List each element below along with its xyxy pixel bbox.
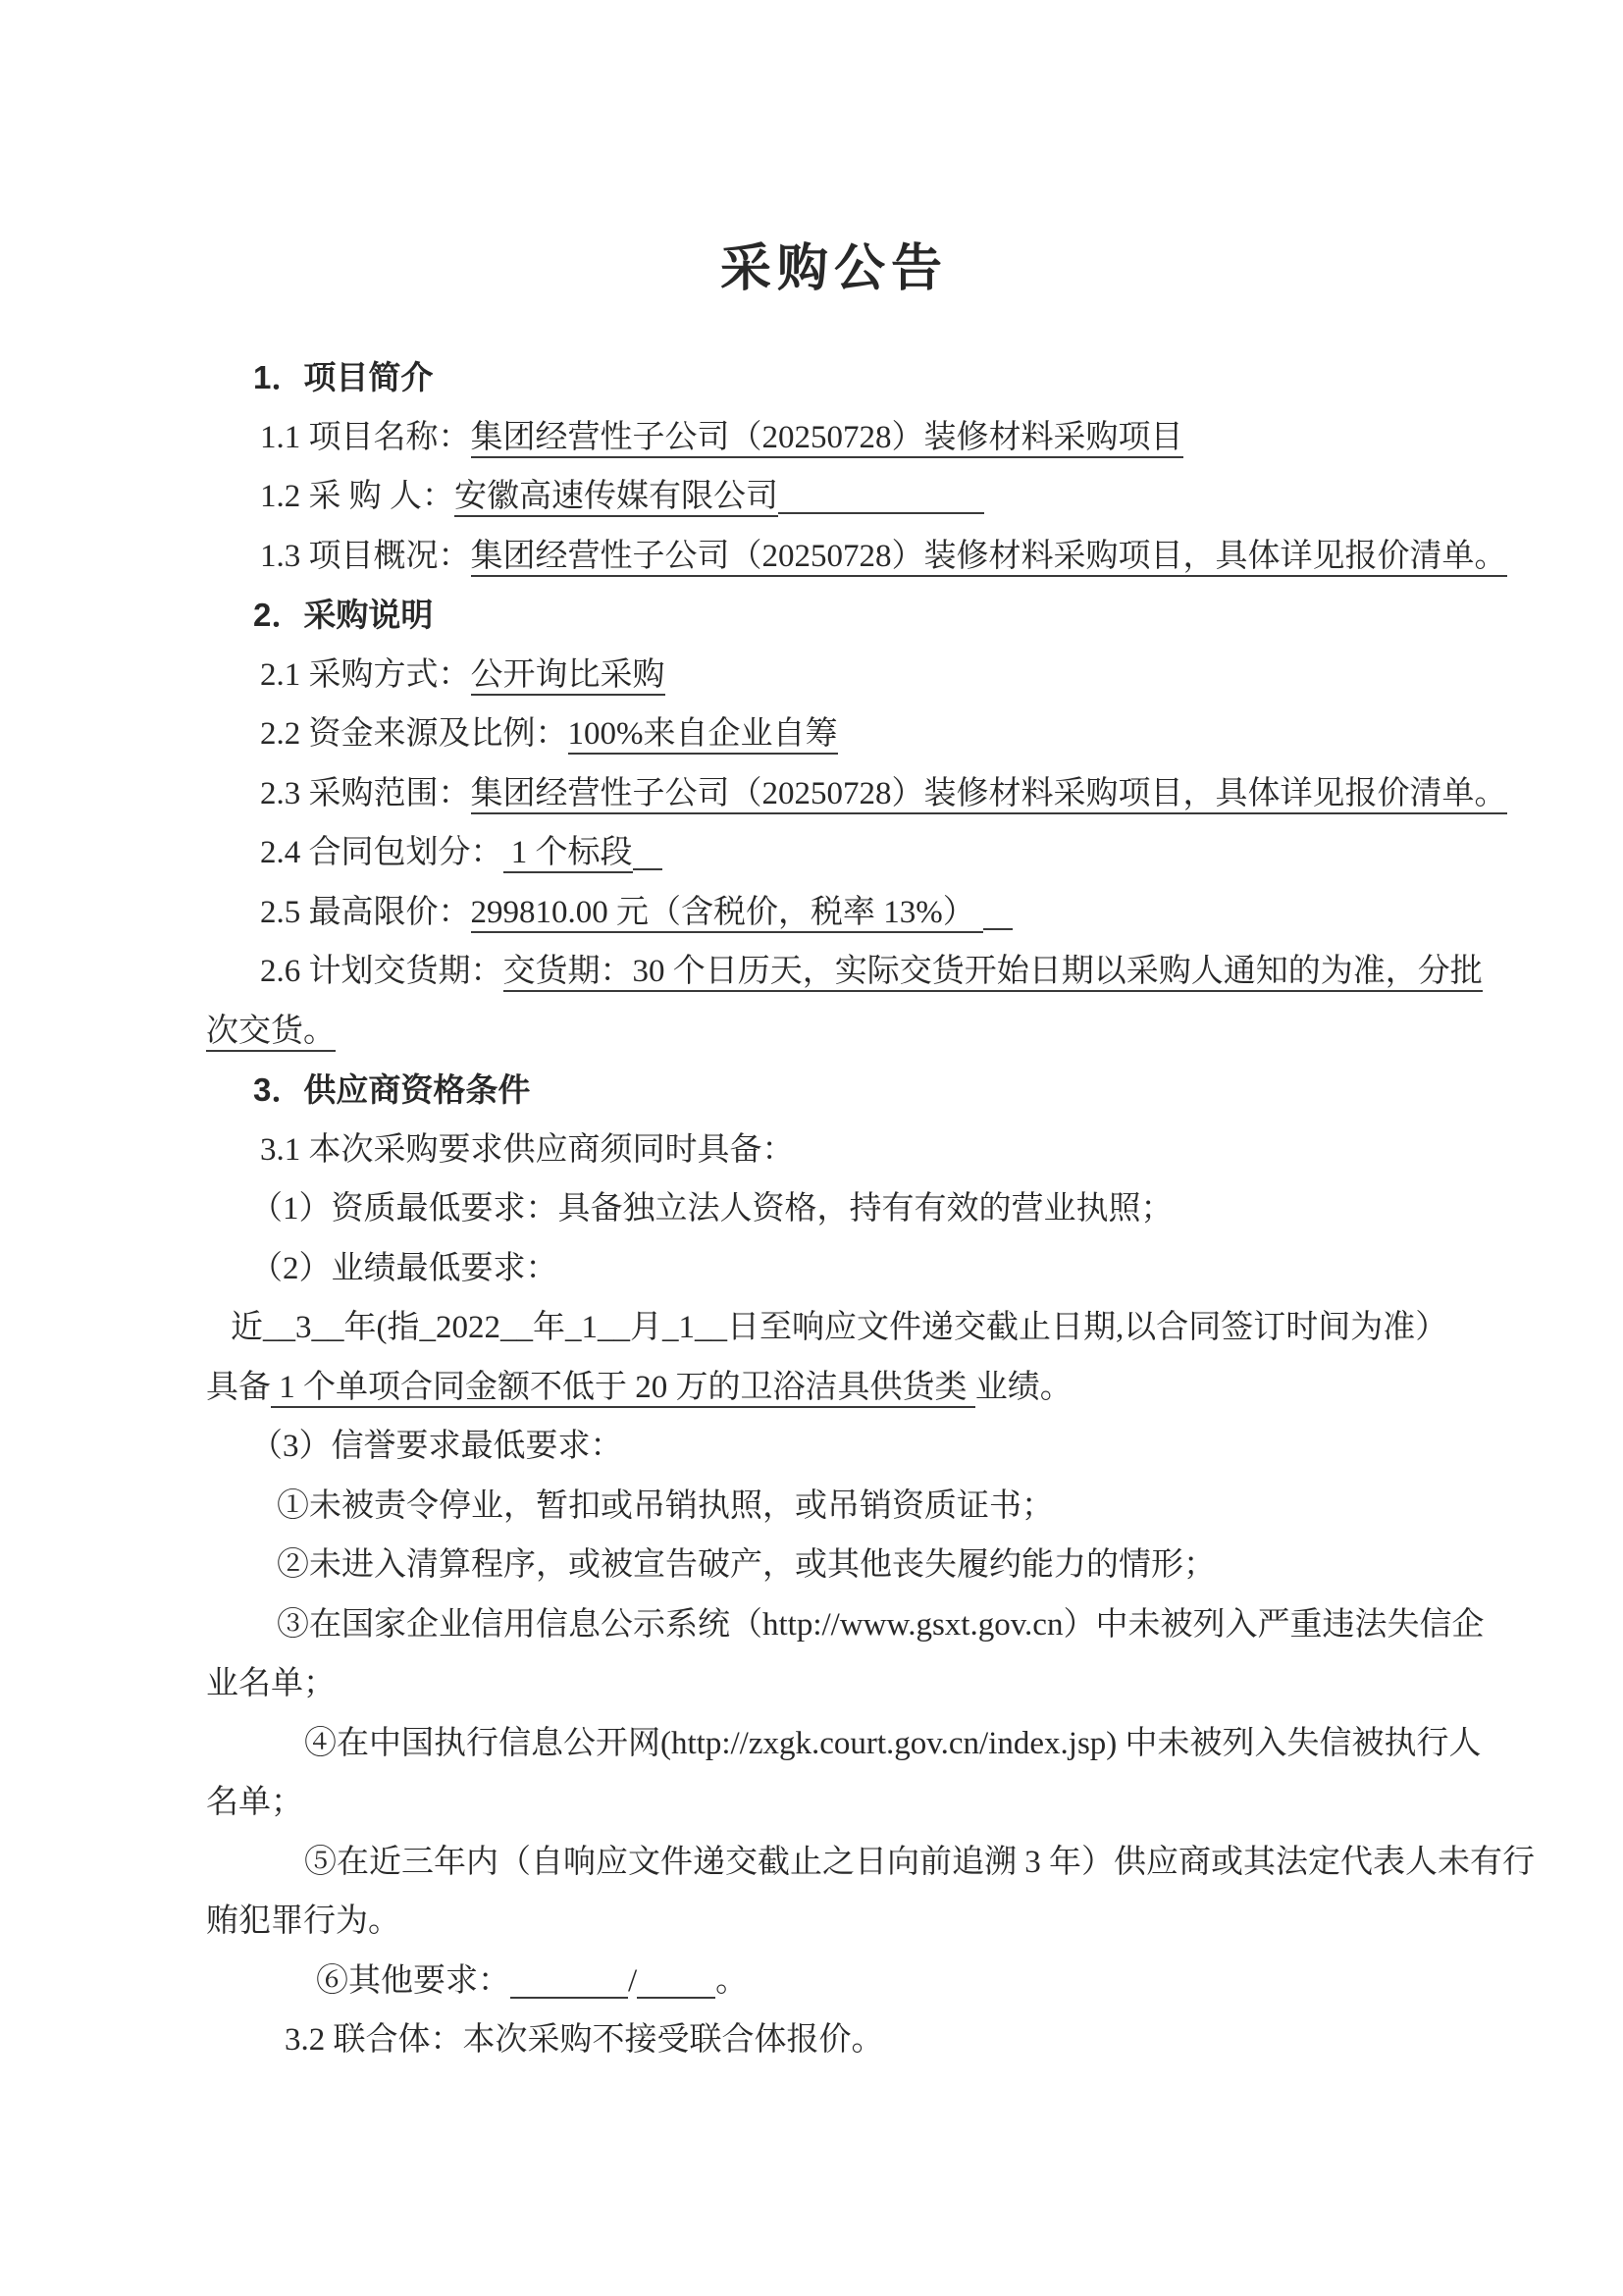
item-2-1-label: 2.1 采购方式： [260, 657, 471, 693]
item-1-1: 1.1 项目名称：集团经营性子公司（20250728）装修材料采购项目 [206, 408, 1462, 468]
credit-condition-4-line2: 名单； [206, 1773, 1462, 1833]
credit-condition-6-period: 。 [715, 1963, 748, 1999]
document-page: 采购公告 1．项目简介 1.1 项目名称：集团经营性子公司（20250728）装… [0, 0, 1623, 2296]
item-2-3-value: 集团经营性子公司（20250728）装修材料采购项目，具体详见报价清单。 [471, 776, 1507, 814]
item-2-5-blank-underline [983, 928, 1013, 930]
performance-underlined-value: 1 个单项合同金额不低于 20 万的卫浴洁具供货类 [271, 1370, 975, 1408]
item-2-6: 2.6 计划交货期：交货期：30 个日历天，实际交货开始日期以采购人通知的为准，… [206, 942, 1462, 1002]
section-3-heading: 3．供应商资格条件 [206, 1061, 1462, 1121]
credit-condition-3-line1: ③在国家企业信用信息公示系统（http://www.gsxt.gov.cn）中未… [206, 1595, 1462, 1655]
item-3-2: 3.2 联合体：本次采购不接受联合体报价。 [206, 2010, 1462, 2070]
item-2-6-continuation: 次交货。 [206, 1002, 1462, 1062]
credit-condition-3-line2: 业名单； [206, 1654, 1462, 1714]
performance-suffix: 业绩。 [975, 1370, 1073, 1405]
item-1-3-value: 集团经营性子公司（20250728）装修材料采购项目，具体详见报价清单。 [471, 539, 1507, 577]
item-1-1-value: 集团经营性子公司（20250728）装修材料采购项目 [471, 420, 1183, 458]
qualification-requirement-3: （3）信誉要求最低要求： [206, 1417, 1462, 1477]
qualification-requirement-1: （1）资质最低要求：具备独立法人资格，持有有效的营业执照； [206, 1179, 1462, 1239]
item-2-5: 2.5 最高限价：299810.00 元（含税价，税率 13%） [206, 883, 1462, 943]
item-1-3: 1.3 项目概况：集团经营性子公司（20250728）装修材料采购项目，具体详见… [206, 527, 1462, 587]
section-1-heading: 1．项目简介 [206, 348, 1462, 408]
item-2-2: 2.2 资金来源及比例：100%来自企业自筹 [206, 704, 1462, 764]
credit-condition-2: ②未进入清算程序，或被宣告破产，或其他丧失履约能力的情形； [206, 1536, 1462, 1595]
item-2-2-label: 2.2 资金来源及比例： [260, 716, 568, 752]
credit-condition-6-blank-2 [637, 1997, 715, 1999]
item-2-1-value: 公开询比采购 [471, 657, 665, 696]
credit-condition-5-line2: 贿犯罪行为。 [206, 1892, 1462, 1952]
credit-condition-1: ①未被责令停业，暂扣或吊销执照，或吊销资质证书； [206, 1477, 1462, 1537]
credit-condition-6: ⑥其他要求：/。 [206, 1952, 1462, 2011]
performance-requirement-line1: 近__3__年(指_2022__年_1__月_1__日至响应文件递交截止日期,以… [206, 1298, 1462, 1358]
item-2-4-label: 2.4 合同包划分： [260, 835, 503, 870]
section-2-heading: 2．采购说明 [206, 586, 1462, 646]
credit-condition-6-slash: / [628, 1963, 637, 1999]
item-3-2-label: 3.2 联合体： [285, 2022, 463, 2058]
item-3-1: 3.1 本次采购要求供应商须同时具备： [206, 1121, 1462, 1180]
performance-requirement-line2: 具备 1 个单项合同金额不低于 20 万的卫浴洁具供货类 业绩。 [206, 1358, 1462, 1418]
item-1-2: 1.2 采 购 人：安徽高速传媒有限公司 [206, 467, 1462, 527]
item-2-3-label: 2.3 采购范围： [260, 776, 471, 811]
item-2-4-blank-underline [633, 868, 662, 870]
document-content: 采购公告 1．项目简介 1.1 项目名称：集团经营性子公司（20250728）装… [0, 0, 1623, 2070]
credit-condition-6-label: ⑥其他要求： [316, 1963, 510, 1999]
item-2-6-value-line1: 交货期：30 个日历天，实际交货开始日期以采购人通知的为准，分批 [503, 954, 1483, 992]
credit-condition-4-line1: ④在中国执行信息公开网(http://zxgk.court.gov.cn/ind… [206, 1714, 1462, 1774]
item-1-2-value: 安徽高速传媒有限公司 [454, 479, 778, 517]
item-2-5-label: 2.5 最高限价： [260, 895, 471, 930]
item-2-2-value: 100%来自企业自筹 [568, 716, 838, 755]
item-1-1-label: 1.1 项目名称： [260, 420, 471, 455]
credit-condition-6-blank-1 [510, 1997, 628, 1999]
item-2-3: 2.3 采购范围：集团经营性子公司（20250728）装修材料采购项目，具体详见… [206, 764, 1462, 824]
item-1-2-blank-underline [778, 512, 984, 514]
document-body: 1．项目简介 1.1 项目名称：集团经营性子公司（20250728）装修材料采购… [206, 348, 1462, 2070]
qualification-requirement-2: （2）业绩最低要求： [206, 1239, 1462, 1299]
item-1-2-label: 1.2 采 购 人： [260, 479, 454, 514]
item-2-6-value-line2: 次交货。 [206, 1014, 336, 1052]
item-2-4: 2.4 合同包划分： 1 个标段 [206, 823, 1462, 883]
item-2-1: 2.1 采购方式：公开询比采购 [206, 646, 1462, 705]
credit-condition-5-line1: ⑤在近三年内（自响应文件递交截止之日向前追溯 3 年）供应商或其法定代表人未有行 [206, 1833, 1462, 1893]
item-2-4-value: 1 个标段 [503, 835, 633, 873]
page-title: 采购公告 [206, 0, 1462, 301]
item-2-5-value: 299810.00 元（含税价，税率 13%） [471, 895, 984, 933]
item-2-6-label: 2.6 计划交货期： [260, 954, 503, 989]
item-1-3-label: 1.3 项目概况： [260, 539, 471, 574]
performance-prefix: 具备 [206, 1370, 271, 1405]
item-3-2-value: 本次采购不接受联合体报价。 [463, 2022, 884, 2058]
